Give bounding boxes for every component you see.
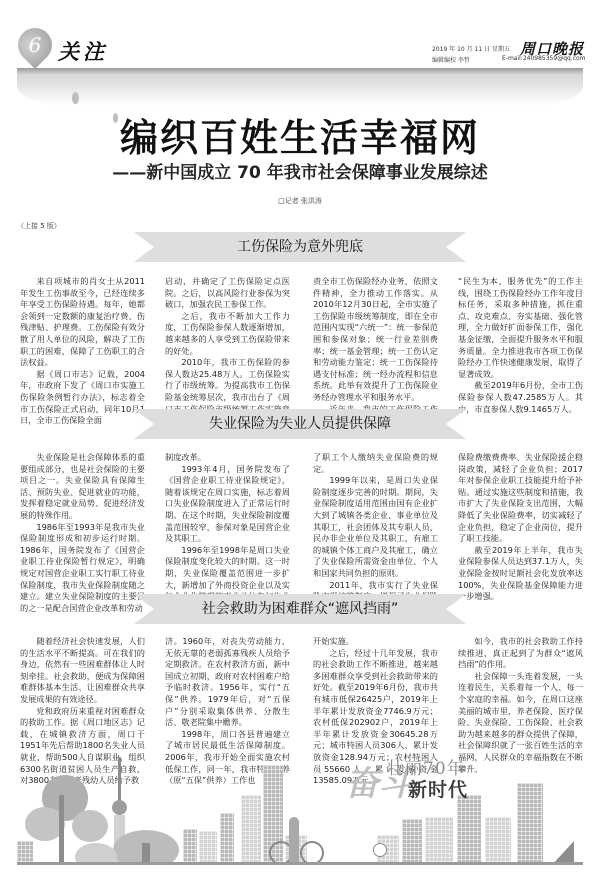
paragraph: 济。1960年，对丧失劳动能力、无依无靠的老弱孤寡残疾人员给予定期救济。在农村救… — [165, 636, 290, 729]
contact-email: E-mail:240985359@qq.com — [502, 55, 586, 62]
text-column: 责全市工伤保险经办业务，依照文件精神，全力推动工作落实。从2010年12月30日… — [313, 276, 438, 427]
building-icon — [199, 831, 217, 865]
text-column: 制度改革。 1993年4月，国务院发布了《国营企业职工待业保险规定》，随着该规定… — [165, 452, 290, 614]
paragraph: 随着经济社会快速发展，人们的生活水平不断提高。可在我们的身边，依然有一些困难群体… — [20, 636, 145, 706]
building-icon — [183, 829, 197, 865]
section-heading-social-assistance: 社会救助为困难群众“遮风挡雨” — [134, 594, 466, 624]
text-column: 失业保险是社会保障体系的重要组成部分，也是社会保险的主要项目之一。失业保险具有保… — [20, 452, 145, 614]
page-number: 6 — [18, 28, 52, 62]
text-column: 来自项城市的肖女士从2011年发生工伤事故至今，已经连续多年享受工伤保险待遇。每… — [20, 276, 145, 427]
slogan-new-era: 新时代 — [408, 775, 468, 802]
paragraph: 来自项城市的肖女士从2011年发生工伤事故至今，已经连续多年享受工伤保险待遇。每… — [20, 276, 145, 369]
article-byline: □记者 张洪涛 — [0, 196, 600, 206]
paragraph: 失业保险是社会保障体系的重要组成部分，也是社会保险的主要项目之一。失业保险具有保… — [20, 452, 145, 522]
header-rule — [17, 68, 583, 76]
editor-credit: 编辑编校 李哲 — [432, 55, 470, 64]
tree-icon — [72, 810, 108, 842]
tower-sphere — [112, 800, 127, 815]
paragraph: 责全市工伤保险经办业务，依照文件精神，全力推动工作落实。从2010年12月30日… — [313, 276, 438, 404]
city-skyline-illustration — [17, 755, 583, 865]
paragraph: 之后，我市不断加大工作力度，工伤保险参保人数逐渐增加，越来越多的人享受到工伤保险… — [165, 311, 290, 357]
paragraph: 1999年以来，是周口失业保险制度逐步完善的时期。期间，失业保险制度适用范围由国… — [313, 475, 438, 579]
sun-icon — [373, 843, 387, 857]
page-number-badge: 6 — [11, 21, 59, 69]
paragraph: 1993年4月，国务院发布了《国营企业职工待业保险规定》，随着该规定在周口实施，… — [165, 464, 290, 545]
paragraph: “民生为本，服务优先”的工作主线，围绕工伤保险经办工作年度目标任务，采取多种措施… — [458, 276, 583, 380]
article-title: 编织百姓生活幸福网 — [0, 107, 600, 162]
building-icon — [220, 813, 234, 865]
paragraph: 制度改革。 — [165, 452, 290, 464]
text-column: 启动，并确定了工伤保险定点医院。之后，以高风险行业参保为突破口，加强农民工参保工… — [165, 276, 290, 427]
paragraph: 开始实施。 — [313, 636, 438, 648]
balloon-icon — [72, 92, 79, 104]
building-icon — [425, 817, 453, 865]
paragraph: 1986年至1993年是我市失业保险制度形成和初步运行时期。1986年，国务院发… — [20, 522, 145, 615]
section-heading-work-injury: 工伤保险为意外兜底 — [134, 232, 466, 262]
paragraph: 启动，并确定了工伤保险定点医院。之后，以高风险行业参保为突破口，加强农民工参保工… — [165, 276, 290, 311]
issue-date: 2019 年 10 月 11 日 星期五 — [432, 44, 510, 53]
building-icon — [485, 817, 511, 865]
cloud-banner — [17, 76, 583, 106]
paragraph: 截至2019年6月份，全市工伤保险参保人数47.2585万人。其中，市直参保人数… — [458, 380, 583, 415]
building-icon — [402, 819, 422, 865]
paragraph: 据《周口市志》记载，2004年，市政府下发了《周口市实施工伤保险条例暂行办法》，… — [20, 369, 145, 427]
paragraph: 了职工个人缴纳失业保险费的规定。 — [313, 452, 438, 475]
skyscraper-icon — [241, 795, 261, 865]
section-name: 关注 — [58, 36, 108, 66]
paragraph: 如今，我市的社会救助工作持续推进，真正起到了为群众“遮风挡雨”的作用。 — [458, 636, 583, 671]
skyscraper-icon — [517, 783, 543, 865]
article-subtitle: ——新中国成立 70 年我市社会保障事业发展综述 — [0, 158, 600, 183]
text-column: “民生为本，服务优先”的工作主线，围绕工伤保险经办工作年度目标任务，采取多种措施… — [458, 276, 583, 415]
tree-trunk — [59, 795, 64, 865]
paragraph: 保险费缴费费率、失业保险援企稳岗政策，减轻了企业负担；2017年对参保企业职工技… — [458, 452, 583, 545]
cyclist-figure — [289, 817, 299, 865]
section-heading-unemployment: 失业保险为失业人员提供保障 — [134, 409, 466, 439]
continued-from-note: （上接 5 版） — [17, 221, 61, 231]
text-column: 保险费缴费费率、失业保险援企稳岗政策，减轻了企业负担；2017年对参保企业职工技… — [458, 452, 583, 603]
masthead: 6 关注 2019 年 10 月 11 日 星期五 周口晚报 编辑编校 李哲 E… — [0, 0, 600, 80]
skyscraper-icon — [457, 795, 481, 865]
paragraph: 截至2019年上半年，我市失业保险参保人员达到37.1万人，失业保险金按时足额社… — [458, 545, 583, 603]
ground-line — [17, 862, 583, 865]
